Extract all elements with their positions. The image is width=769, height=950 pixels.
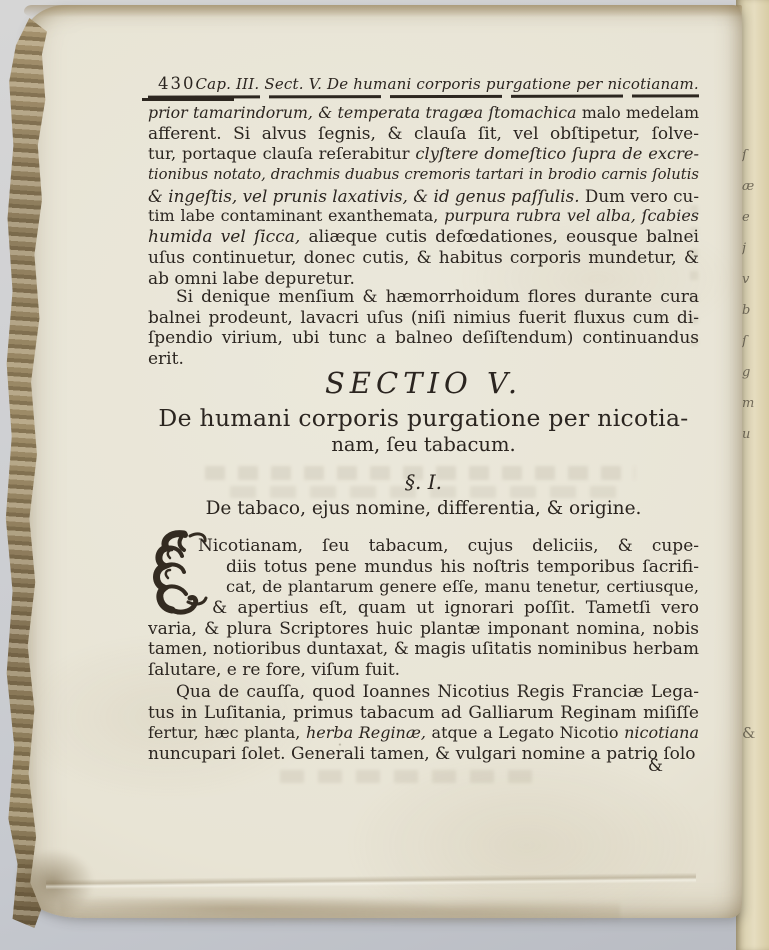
edge-glyph: ſ: [742, 140, 766, 171]
text-line: tionibus notato, drachmis duabus cremori…: [148, 165, 699, 186]
paragraph-balnei: prior tamarindorum, & temperata tragæa ſ…: [148, 103, 699, 289]
next-page-edge-glyphs: ſæejvbſgmu&: [742, 140, 766, 749]
text-line: ſalutare, e re fore, viſum fuit.: [148, 660, 699, 681]
text-line: cat, de plantarum genere eſſe, manu tene…: [226, 577, 699, 598]
text-line: & apertius eſt, quam ut ignorari poſſit.…: [212, 598, 699, 619]
text-line: prior tamarindorum, & temperata tragæa ſ…: [148, 103, 699, 124]
text-line: & ingeſtis, vel prunis laxativis, & id g…: [148, 186, 699, 207]
edge-glyph: ſ: [742, 326, 766, 357]
text-line: varia, & plura Scriptores huic plantæ im…: [148, 619, 699, 640]
page-number: 430: [148, 74, 196, 93]
text-line: tamen, notioribus duntaxat, & magis uſit…: [148, 639, 699, 660]
text-line: tur, portaque clauſa reſerabitur clyſter…: [148, 144, 699, 165]
text-line: ſpendio virium, ubi tunc a balneo deſiſt…: [148, 328, 699, 349]
text-line: Nicotianam, ſeu tabacum, cujus deliciis,…: [198, 536, 699, 557]
running-header: 430 Cap. III. Sect. V. De humani corpori…: [148, 74, 699, 94]
section-subtitle-line1: De humani corporis purgatione per nicoti…: [148, 404, 699, 432]
text-line: tim labe contaminant exanthemata, purpur…: [148, 206, 699, 227]
book-scan-photo: ſæejvbſgmu& 430 Cap. III. Se: [0, 0, 769, 950]
text-line: diis totus pene mundus his noſtris tempo…: [226, 557, 699, 578]
edge-glyph: &: [742, 718, 766, 749]
paragraph-qua-de-caussa: Qua de cauſſa, quod Ioannes Nicotius Reg…: [148, 682, 699, 765]
edge-glyph: æ: [742, 171, 766, 202]
section-subtitle-line2: nam, ſeu tabacum.: [148, 433, 699, 456]
edge-glyph: e: [742, 202, 766, 233]
edge-glyph: b: [742, 295, 766, 326]
bottom-edge-texture: [60, 898, 620, 932]
text-line: uſus continuetur, donec cutis, & habitus…: [148, 248, 699, 269]
ornament-woodcut-initial: [148, 527, 212, 621]
running-title: Cap. III. Sect. V. De humani corporis pu…: [196, 75, 725, 93]
edge-glyph: u: [742, 419, 766, 450]
text-line: Qua de cauſſa, quod Ioannes Nicotius Reg…: [148, 682, 699, 703]
text-line: Si denique menſium & hæmorrhoidum flores…: [148, 287, 699, 308]
text-line: afferent. Si alvus ſegnis, & clauſa ſit,…: [148, 124, 699, 145]
paragraph-nicotianam: Nicotianam, ſeu tabacum, cujus deliciis,…: [148, 536, 699, 681]
subsection-title: De tabaco, ejus nomine, differentia, & o…: [148, 498, 699, 519]
edge-glyph: v: [742, 264, 766, 295]
edge-glyph: g: [742, 357, 766, 388]
text-line: humida vel ſicca, aliæque cutis defœdati…: [148, 227, 699, 248]
edge-glyph: j: [742, 233, 766, 264]
header-rule: [148, 95, 699, 100]
text-line: balnei prodeunt, lavacri uſus (niſi nimi…: [148, 308, 699, 329]
edge-glyph: m: [742, 388, 766, 419]
text-line: fertur, hæc planta, herba Reginæ, atque …: [148, 723, 699, 744]
text-line: tus in Luſitania, primus tabacum ad Gall…: [148, 703, 699, 724]
paragraph-mark: §. I.: [148, 470, 699, 494]
catchword: &: [148, 756, 699, 776]
paragraph-si-denique: Si denique menſium & hæmorrhoidum flores…: [148, 287, 699, 370]
section-heading: SECTIO V.: [148, 366, 699, 400]
